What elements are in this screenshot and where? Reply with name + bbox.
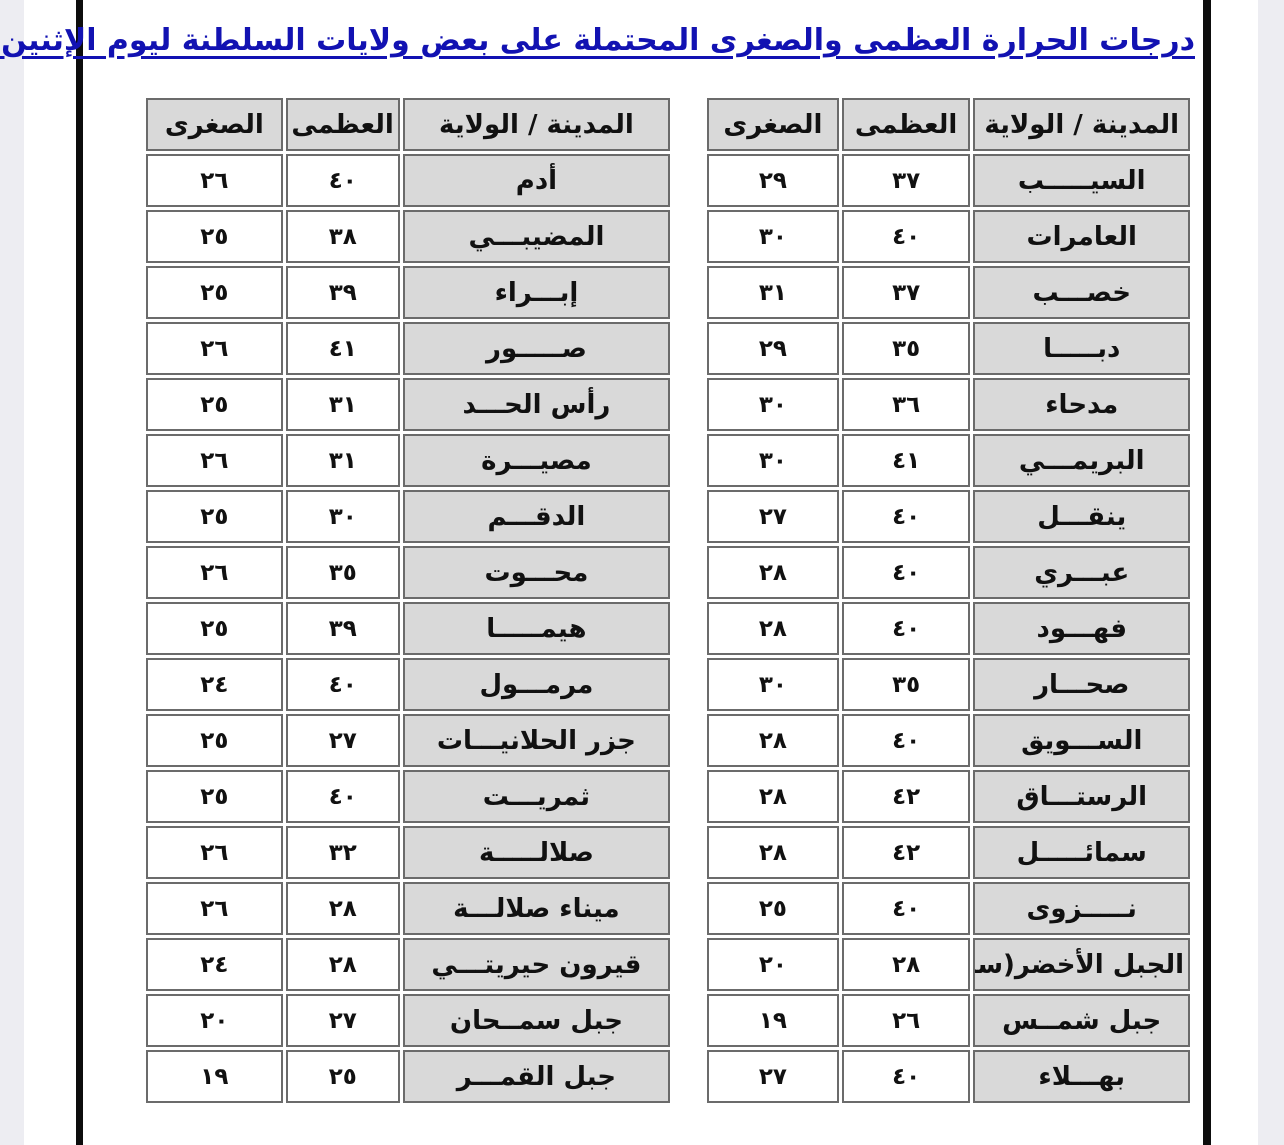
table-row: السيـــــب٣٧٢٩ [707,154,1190,207]
city-cell: ينقـــل [973,490,1190,543]
min-temp-cell: ٢٥ [146,490,283,543]
max-temp-cell: ٢٥ [286,1050,400,1103]
max-temp-cell: ٤٠ [842,546,971,599]
table-row: مصيـــرة٣١٢٦ [146,434,670,487]
table-row: ثمريـــت٤٠٢٥ [146,770,670,823]
header-row: المدينة / الولاية العظمى الصغرى [707,98,1190,151]
min-temp-cell: ٢٥ [707,882,839,935]
table-row: رأس الحـــد٣١٢٥ [146,378,670,431]
min-temp-cell: ٣٠ [707,378,839,431]
max-temp-cell: ٤٠ [286,770,400,823]
max-temp-cell: ٤٠ [842,882,971,935]
table-row: الســـويق٤٠٢٨ [707,714,1190,767]
max-temp-cell: ٣٧ [842,266,971,319]
max-temp-cell: ٣٦ [842,378,971,431]
min-temp-cell: ٢٨ [707,546,839,599]
min-temp-cell: ٢٦ [146,826,283,879]
min-temp-cell: ٣١ [707,266,839,319]
table-row: جبل القمـــر٢٥١٩ [146,1050,670,1103]
max-temp-cell: ٣١ [286,434,400,487]
city-cell: الســـويق [973,714,1190,767]
col-header-max: العظمى [286,98,400,151]
city-cell: إبـــراء [403,266,670,319]
table-row: دبـــــا٣٥٢٩ [707,322,1190,375]
min-temp-cell: ٢٨ [707,826,839,879]
col-header-city: المدينة / الولاية [973,98,1190,151]
max-temp-cell: ٤٠ [286,658,400,711]
max-temp-cell: ٤٠ [842,210,971,263]
table-row: الدقـــم٣٠٢٥ [146,490,670,543]
min-temp-cell: ٢٤ [146,938,283,991]
max-temp-cell: ٤١ [286,322,400,375]
max-temp-cell: ٣٨ [286,210,400,263]
city-cell: بهـــلاء [973,1050,1190,1103]
col-header-min: الصغرى [707,98,839,151]
min-temp-cell: ١٩ [707,994,839,1047]
table-row: مرمـــول٤٠٢٤ [146,658,670,711]
min-temp-cell: ٣٠ [707,210,839,263]
min-temp-cell: ٢٧ [707,1050,839,1103]
table-row: العامرات٤٠٣٠ [707,210,1190,263]
table-row: صـــــور٤١٢٦ [146,322,670,375]
city-cell: هيمـــــا [403,602,670,655]
table-row: قيرون حيريتـــي٢٨٢٤ [146,938,670,991]
city-cell: مدحاء [973,378,1190,431]
table-row: الرستـــاق٤٢٢٨ [707,770,1190,823]
table-row: نـــــزوى٤٠٢٥ [707,882,1190,935]
min-temp-cell: ٢٠ [146,994,283,1047]
city-cell: الدقـــم [403,490,670,543]
min-temp-cell: ٢٥ [146,378,283,431]
city-cell: مرمـــول [403,658,670,711]
header-row: المدينة / الولاية العظمى الصغرى [146,98,670,151]
min-temp-cell: ٢٦ [146,434,283,487]
table-row: خصـــب٣٧٣١ [707,266,1190,319]
city-cell: نـــــزوى [973,882,1190,935]
min-temp-cell: ٢٥ [146,266,283,319]
city-cell: جبل سمــحان [403,994,670,1047]
min-temp-cell: ٢٩ [707,322,839,375]
table-row: ميناء صلالـــة٢٨٢٦ [146,882,670,935]
min-temp-cell: ٢٥ [146,770,283,823]
min-temp-cell: ٣٠ [707,434,839,487]
page-border-right [1203,0,1211,1145]
table-row: أدم٤٠٢٦ [146,154,670,207]
min-temp-cell: ٢٠ [707,938,839,991]
min-temp-cell: ٢٧ [707,490,839,543]
max-temp-cell: ٤٢ [842,770,971,823]
col-header-min: الصغرى [146,98,283,151]
max-temp-cell: ٤٠ [842,602,971,655]
max-temp-cell: ٣١ [286,378,400,431]
min-temp-cell: ٢٦ [146,322,283,375]
city-cell: الرستـــاق [973,770,1190,823]
city-cell: أدم [403,154,670,207]
table-row: إبـــراء٣٩٢٥ [146,266,670,319]
city-cell: سمائـــــل [973,826,1190,879]
table-row: صلالـــــة٣٢٢٦ [146,826,670,879]
max-temp-cell: ٣٥ [842,322,971,375]
max-temp-cell: ٢٨ [286,938,400,991]
page-title: درجات الحرارة العظمى والصغرى المحتملة عل… [90,20,1195,62]
max-temp-cell: ٢٨ [286,882,400,935]
table-row: محـــوت٣٥٢٦ [146,546,670,599]
city-cell: فهـــود [973,602,1190,655]
max-temp-cell: ٤١ [842,434,971,487]
max-temp-cell: ٢٧ [286,714,400,767]
table-row: هيمـــــا٣٩٢٥ [146,602,670,655]
city-cell: ميناء صلالـــة [403,882,670,935]
table-row: سمائـــــل٤٢٢٨ [707,826,1190,879]
max-temp-cell: ٤٠ [842,714,971,767]
min-temp-cell: ٢٥ [146,602,283,655]
col-header-city: المدينة / الولاية [403,98,670,151]
city-cell: جبل شمــس [973,994,1190,1047]
table-row: جبل سمــحان٢٧٢٠ [146,994,670,1047]
max-temp-cell: ٤٢ [842,826,971,879]
max-temp-cell: ٢٦ [842,994,971,1047]
max-temp-cell: ٢٧ [286,994,400,1047]
max-temp-cell: ٤٠ [842,490,971,543]
min-temp-cell: ٢٦ [146,882,283,935]
min-temp-cell: ١٩ [146,1050,283,1103]
city-cell: البريمـــي [973,434,1190,487]
col-header-max: العظمى [842,98,971,151]
table-row: البريمـــي٤١٣٠ [707,434,1190,487]
min-temp-cell: ٢٤ [146,658,283,711]
city-cell: محـــوت [403,546,670,599]
max-temp-cell: ٣٠ [286,490,400,543]
document-page: درجات الحرارة العظمى والصغرى المحتملة عل… [0,0,1284,1145]
max-temp-cell: ٤٠ [286,154,400,207]
table-row: فهـــود٤٠٢٨ [707,602,1190,655]
city-cell: قيرون حيريتـــي [403,938,670,991]
table-row: عبـــري٤٠٢٨ [707,546,1190,599]
max-temp-cell: ٣٩ [286,266,400,319]
city-cell: خصـــب [973,266,1190,319]
city-cell: دبـــــا [973,322,1190,375]
city-cell: العامرات [973,210,1190,263]
table-row: مدحاء٣٦٣٠ [707,378,1190,431]
temps-table-right: المدينة / الولاية العظمى الصغرى السيــــ… [704,95,1193,1106]
max-temp-cell: ٣٧ [842,154,971,207]
min-temp-cell: ٢٩ [707,154,839,207]
min-temp-cell: ٢٦ [146,154,283,207]
max-temp-cell: ٢٨ [842,938,971,991]
table-row: المضيبـــي٣٨٢٥ [146,210,670,263]
city-cell: المضيبـــي [403,210,670,263]
min-temp-cell: ٢٦ [146,546,283,599]
table-row: الجبل الأخضر(سيق)٢٨٢٠ [707,938,1190,991]
min-temp-cell: ٢٨ [707,602,839,655]
city-cell: السيـــــب [973,154,1190,207]
max-temp-cell: ٤٠ [842,1050,971,1103]
page-border-left [76,0,83,1145]
city-cell: ثمريـــت [403,770,670,823]
city-cell: جزر الحلانيـــات [403,714,670,767]
city-cell: جبل القمـــر [403,1050,670,1103]
max-temp-cell: ٣٢ [286,826,400,879]
city-cell: رأس الحـــد [403,378,670,431]
table-row: ينقـــل٤٠٢٧ [707,490,1190,543]
city-cell: صـــــور [403,322,670,375]
table-row: صحـــار٣٥٣٠ [707,658,1190,711]
min-temp-cell: ٢٥ [146,210,283,263]
min-temp-cell: ٢٨ [707,714,839,767]
temps-table-left: المدينة / الولاية العظمى الصغرى أدم٤٠٢٦ا… [143,95,673,1106]
city-cell: صلالـــــة [403,826,670,879]
table-row: بهـــلاء٤٠٢٧ [707,1050,1190,1103]
city-cell: عبـــري [973,546,1190,599]
max-temp-cell: ٣٥ [842,658,971,711]
table-row: جبل شمــس٢٦١٩ [707,994,1190,1047]
city-cell: صحـــار [973,658,1190,711]
min-temp-cell: ٢٨ [707,770,839,823]
city-cell: الجبل الأخضر(سيق) [973,938,1190,991]
side-strip-left [0,0,24,1145]
max-temp-cell: ٣٥ [286,546,400,599]
city-cell: مصيـــرة [403,434,670,487]
max-temp-cell: ٣٩ [286,602,400,655]
table-row: جزر الحلانيـــات٢٧٢٥ [146,714,670,767]
scrollbar-track[interactable] [1258,0,1284,1145]
min-temp-cell: ٣٠ [707,658,839,711]
min-temp-cell: ٢٥ [146,714,283,767]
